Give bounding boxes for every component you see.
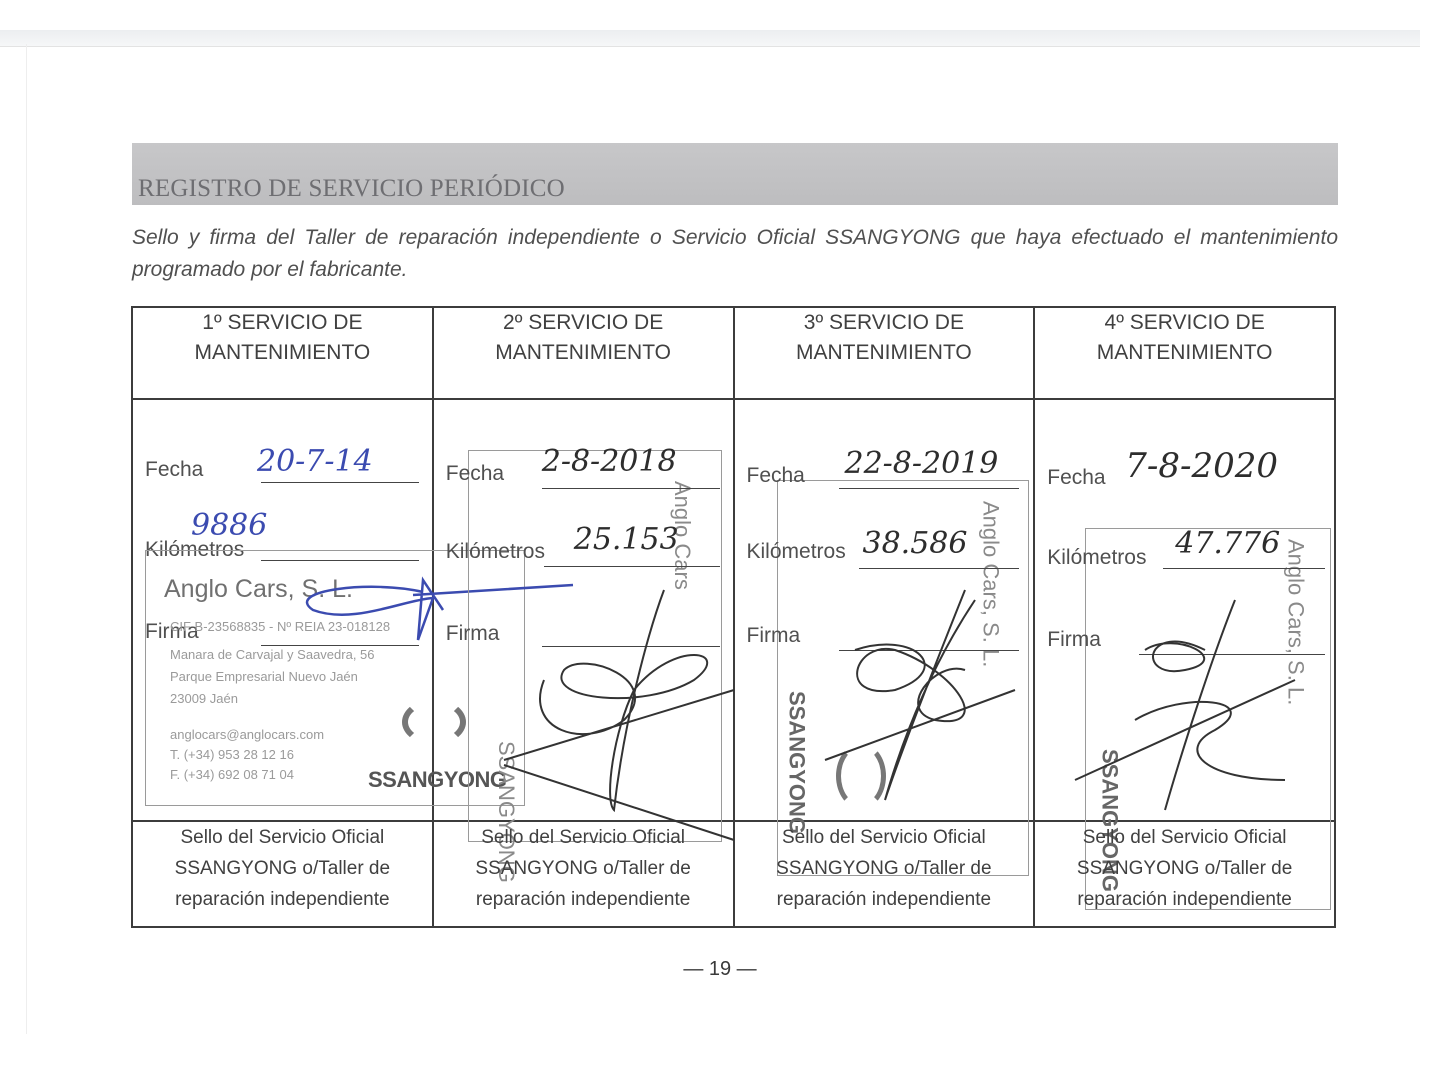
service-header-1: 1º SERVICIO DEMANTENIMIENTO bbox=[132, 307, 433, 399]
signature-mark bbox=[795, 580, 1025, 810]
instructions-text: Sello y firma del Taller de reparación i… bbox=[132, 222, 1338, 286]
service-header-2: 2º SERVICIO DEMANTENIMIENTO bbox=[433, 307, 734, 399]
section-header: REGISTRO DE SERVICIO PERIÓDICO bbox=[132, 143, 1338, 205]
km-value: 47.776 bbox=[1175, 526, 1280, 561]
date-label: Fecha bbox=[1047, 466, 1105, 490]
service-cell-4: Anglo Cars, S. L. SSANGYONG Fecha 7-8-20… bbox=[1034, 399, 1335, 821]
date-label: Fecha bbox=[446, 462, 504, 486]
footer-row: Sello del Servicio OficialSSANGYONG o/Ta… bbox=[132, 821, 1335, 927]
km-value: 38.586 bbox=[863, 526, 968, 561]
km-label: Kilómetros bbox=[747, 540, 846, 564]
signature-label: Firma bbox=[747, 624, 801, 648]
date-value: 20-7-14 bbox=[257, 444, 373, 479]
service-header-3: 3º SERVICIO DEMANTENIMIENTO bbox=[734, 307, 1035, 399]
page-title: REGISTRO DE SERVICIO PERIÓDICO bbox=[138, 175, 565, 203]
date-label: Fecha bbox=[747, 464, 805, 488]
date-value: 2-8-2018 bbox=[542, 444, 677, 479]
stamp-caption: Sello del Servicio OficialSSANGYONG o/Ta… bbox=[433, 821, 734, 927]
page-number: — 19 — bbox=[0, 958, 1440, 981]
date-value: 7-8-2020 bbox=[1125, 446, 1278, 486]
km-label: Kilómetros bbox=[1047, 546, 1146, 570]
stamp-caption: Sello del Servicio OficialSSANGYONG o/Ta… bbox=[1034, 821, 1335, 927]
signature-mark bbox=[1065, 590, 1325, 820]
stamp-caption: Sello del Servicio OficialSSANGYONG o/Ta… bbox=[734, 821, 1035, 927]
km-label: Kilómetros bbox=[446, 540, 545, 564]
service-record-table: 1º SERVICIO DEMANTENIMIENTO 2º SERVICIO … bbox=[131, 306, 1336, 928]
km-value: 25.153 bbox=[574, 522, 679, 557]
date-value: 22-8-2019 bbox=[845, 446, 999, 481]
entry-row: Fecha 20-7-14 9886 Kilómetros Firma Angl… bbox=[132, 399, 1335, 821]
service-cell-3: Anglo Cars, S. L. SSANGYONG Fecha 22-8-2… bbox=[734, 399, 1035, 821]
stamp-caption: Sello del Servicio OficialSSANGYONG o/Ta… bbox=[132, 821, 433, 927]
service-cell-1: Fecha 20-7-14 9886 Kilómetros Firma Angl… bbox=[132, 399, 433, 821]
date-label: Fecha bbox=[145, 458, 203, 482]
signature-mark bbox=[464, 570, 734, 820]
scan-edge bbox=[0, 30, 1420, 47]
header-row: 1º SERVICIO DEMANTENIMIENTO 2º SERVICIO … bbox=[132, 307, 1335, 399]
service-header-4: 4º SERVICIO DEMANTENIMIENTO bbox=[1034, 307, 1335, 399]
scan-margin bbox=[26, 44, 27, 1034]
service-cell-2: Anglo Cars SSANGYONG Fecha 2-8-2018 Kiló… bbox=[433, 399, 734, 821]
